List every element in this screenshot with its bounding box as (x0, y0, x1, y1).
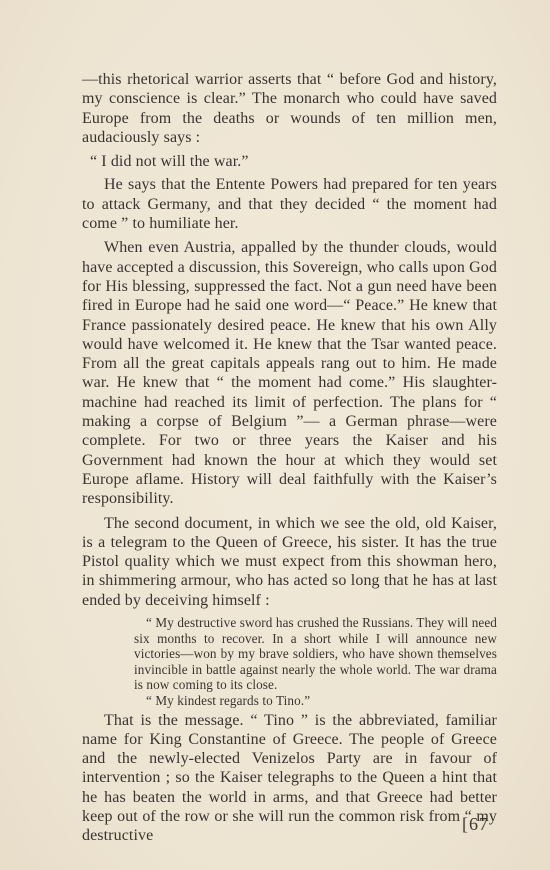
page-number: [67 (462, 814, 489, 835)
paragraph-conscience: —this rhetorical warrior asserts that “ … (82, 70, 497, 147)
body-text: —this rhetorical warrior asserts that “ … (82, 70, 497, 851)
book-page: —this rhetorical warrior asserts that “ … (0, 0, 550, 870)
telegram-quote: “ My destructive sword has crushed the R… (134, 615, 497, 709)
telegram-quote-body: “ My destructive sword has crushed the R… (134, 615, 497, 693)
paragraph-second-document: The second document, in which we see the… (82, 514, 497, 610)
telegram-quote-regards: “ My kindest regards to Tino.” (134, 693, 497, 709)
paragraph-message: That is the message. “ Tino ” is the abb… (82, 711, 497, 846)
paragraph-austria: When even Austria, appalled by the thund… (82, 238, 497, 508)
quote-did-not-will-war: “ I did not will the war.” (82, 152, 497, 171)
paragraph-entente-powers: He says that the Entente Powers had prep… (82, 175, 497, 233)
